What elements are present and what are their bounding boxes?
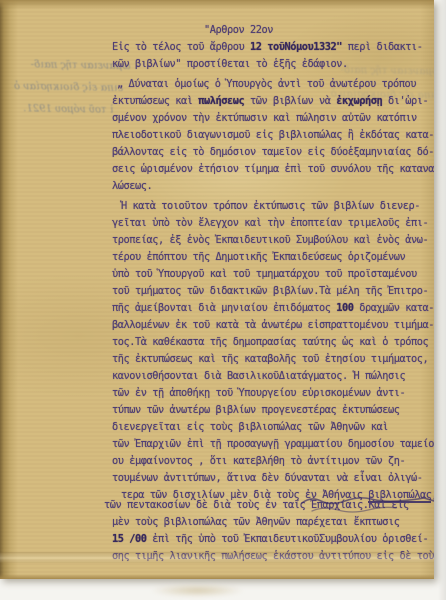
typed-line: μὲν τοὺς βιβλιοπώλας τῶν Ἀθηνῶν παρέχετα… (112, 514, 434, 531)
typed-segment: κῶν βιβλίων" προστίθεται τὸ ἑξῆς ἐδάφιον… (112, 58, 348, 70)
typed-segment: περὶ διδακτι- (342, 41, 423, 53)
typed-text: "Αρθρον 22ονΕἰς τὸ τέλος τοῦ ἄρθρου 12 τ… (112, 22, 434, 565)
typed-segment: ἐκτυπώσεως καὶ (112, 95, 198, 107)
typed-line: τος.Τὰ καθέκαστα τῆς δημοπρασίας ταύτης … (112, 334, 434, 351)
typed-segment: 100 (336, 302, 353, 314)
typed-segment: , (431, 489, 434, 501)
typed-segment: πῆς ἀμείβονται διὰ μηνιαίου ἐπιδόματος (112, 302, 336, 314)
typed-segment: τοῦ τμήματος τῶν διδακτικῶν βιβλίων.Τὰ μ… (112, 285, 428, 297)
typed-segment: τῶν Ἐπαρχιῶν ἐπὶ τῇ προσαγωγῇ γραμματίου… (112, 438, 434, 450)
typed-line: τῶν ἐν τῇ ἀποθήκῃ τοῦ Ὑπουργείου εὑρισκο… (112, 385, 434, 402)
typed-segment: "Αρθρον 22ον (204, 24, 273, 36)
typed-segment: 15 /00 (112, 533, 147, 545)
typed-segment: σης τιμῆς λιανικῆς πωλήσεως ἑκάστου ἀντι… (112, 550, 434, 562)
typed-segment: τῆς ἐκτυπώσεως καὶ τῆς καταβολῆς τοῦ ἐτη… (112, 353, 428, 365)
typed-line: Ἡ κατὰ τοιοῦτον τρόπον ἐκτύπωσις τῶν βιβ… (112, 198, 434, 215)
typed-line: τύπων τῶν ἀνωτέρω βιβλίων προγενεστέρας … (112, 402, 434, 419)
typed-segment: σεις ὡρισμένον ἐτήσιον τίμημα ἐπὶ τοῦ συ… (112, 163, 434, 175)
typed-segment: ὑπὸ τοῦ Ὑπουργοῦ καὶ τοῦ τμηματάρχου τοῦ… (112, 268, 417, 280)
typed-segment: τουμένων ἀντιτύπων, ἅτινα δὲν δύνανται ν… (112, 472, 422, 484)
typed-line: τοῦ τμήματος τῶν διδακτικῶν βιβλίων.Τὰ μ… (112, 283, 434, 300)
typed-line: βαλλομένων ἐκ τοῦ κατὰ τὰ ἀνωτέρω εἰσπρα… (112, 317, 434, 334)
typed-line: διενεργεῖται εἰς τοὺς βιβλιοπώλας τῶν Ἀθ… (112, 419, 434, 436)
typed-segment: Ἡ κατὰ τοιοῦτον τρόπον ἐκτύπωσις τῶν βιβ… (121, 200, 420, 212)
typed-line: σης τιμῆς λιανικῆς πωλήσεως ἑκάστου ἀντι… (112, 548, 434, 565)
typed-segment: τῶν βιβλίων νὰ (244, 95, 336, 107)
typed-segment: μὲν τοὺς βιβλιοπώλας τῶν Ἀθηνῶν παρέχετα… (112, 516, 399, 528)
document-page: ωμανειαν τῆς παιδ- ειπα εἰς διοικησίαν ὁ… (0, 0, 434, 579)
typed-segment: ἐκχωρήσῃ (336, 95, 382, 107)
typed-line: τουμένων ἀντιτύπων, ἅτινα δὲν δύνανται ν… (112, 470, 434, 487)
typed-segment: γεῖται ὑπὸ τὸν ἔλεγχον καὶ τὴν ἐποπτείαν… (112, 217, 428, 229)
typed-segment: τῶν ἐν τῇ ἀποθήκῃ τοῦ Ὑπουργείου εὑρισκο… (112, 387, 405, 399)
typed-segment: ου ἐμφαίνοντος , ὅτι κατεβλήθη τὸ ἀντίτι… (112, 455, 405, 467)
typed-segment: Εἰς τὸ τέλος τοῦ ἄρθρου (112, 41, 250, 53)
typed-segment: πωλήσεως (198, 95, 244, 107)
bleed-line: ειπα εἰς διοικησίαν ὁ (2, 76, 130, 100)
typed-line: 15 /00 ἐπὶ τῆς ὑπὸ τοῦ ἘκπαιδευτικοῦΣυμβ… (112, 531, 434, 548)
typed-line: λώσεως. (112, 178, 434, 195)
typed-segment: τροπείας, ἐξ ἑνὸς Ἐκπαιδευτικοῦ Συμβούλο… (112, 234, 428, 246)
typed-segment: κανονισθήσονται διὰ ΒασιλικοῦΔιατάγματος… (112, 370, 405, 382)
typed-line: κῶν βιβλίων" προστίθεται τὸ ἑξῆς ἐδάφιον… (112, 56, 434, 73)
typed-line: πλειοδοτικοῦ διαγωνισμοῦ εἰς βιβλιοπώλας… (112, 127, 434, 144)
typed-segment: 12 τοῦΝόμου1332" (250, 41, 342, 53)
typed-segment: δραχμῶν κατα- (353, 302, 434, 314)
typed-line: σεις ὡρισμένον ἐτήσιον τίμημα ἐπὶ τοῦ συ… (112, 161, 434, 178)
typed-segment: τῶν πεντακοσίων δὲ διὰ τοὺς ἐν ταῖς Ἐπαρ… (104, 499, 409, 511)
typed-segment: λώσεως. (112, 180, 152, 192)
typed-line: ου ἐμφαίνοντος , ὅτι κατεβλήθη τὸ ἀντίτι… (112, 453, 434, 470)
typed-line: τέρου ἐπόπτου τῆς Δημοτικῆς Ἐκπαιδεύσεως… (112, 249, 434, 266)
bleed-line: ὶ τοῦ νόμου 1921. (1, 98, 129, 122)
typed-segment: βάλλοντας εἰς τὸ δημόσιον ταμεῖον εἰς δύ… (112, 146, 434, 158)
typed-line: Εἰς τὸ τέλος τοῦ ἄρθρου 12 τοῦΝόμου1332"… (112, 39, 434, 56)
typed-line: ὑπὸ τοῦ Ὑπουργοῦ καὶ τοῦ τμηματάρχου τοῦ… (112, 266, 434, 283)
typed-segment: ἐπὶ τῆς ὑπὸ τοῦ ἘκπαιδευτικοῦΣυμβουλίου … (147, 533, 429, 545)
typed-line: κανονισθήσονται διὰ ΒασιλικοῦΔιατάγματος… (112, 368, 434, 385)
typed-segment: τος.Τὰ καθέκαστα τῆς δημοπρασίας ταύτης … (112, 336, 428, 348)
typed-segment: διενεργεῖται εἰς τοὺς βιβλιοπώλας τῶν Ἀθ… (112, 421, 388, 433)
typed-segment: δι'ὡρι- (382, 95, 428, 107)
typed-segment: βαλλομένων ἐκ τοῦ κατὰ τὰ ἀνωτέρω εἰσπρα… (112, 319, 434, 331)
typed-line: σμένον χρόνον τὴν ἐκτύπωσιν καὶ πώλησιν … (112, 110, 434, 127)
typed-line: γεῖται ὑπὸ τὸν ἔλεγχον καὶ τὴν ἐποπτείαν… (112, 215, 434, 232)
article-title: "Αρθρον 22ον (112, 22, 434, 39)
document-photo: ωμανειαν τῆς παιδ- ειπα εἰς διοικησίαν ὁ… (0, 0, 446, 600)
typed-line: τῆς ἐκτυπώσεως καὶ τῆς καταβολῆς τοῦ ἐτη… (112, 351, 434, 368)
typed-segment: σμένον χρόνον τὴν ἐκτύπωσιν καὶ πώλησιν … (112, 112, 417, 124)
typed-line: τροπείας, ἐξ ἑνὸς Ἐκπαιδευτικοῦ Συμβούλο… (112, 232, 434, 249)
typed-line: „ Δύναται ὁμοίως ὁ Ὑπουργὸς ἀντὶ τοῦ ἀνω… (112, 76, 434, 93)
typed-segment: τέρου ἐπόπτου τῆς Δημοτικῆς Ἐκπαιδεύσεως… (112, 251, 405, 263)
typed-line: βάλλοντας εἰς τὸ δημόσιον ταμεῖον εἰς δύ… (112, 144, 434, 161)
typed-segment: τύπων τῶν ἀνωτέρω βιβλίων προγενεστέρας … (112, 404, 399, 416)
typed-segment: πλειοδοτικοῦ διαγωνισμοῦ εἰς βιβλιοπώλας… (112, 129, 434, 141)
backdrop-smudge (150, 584, 245, 597)
typed-segment: „ Δύναται ὁμοίως ὁ Ὑπουργὸς ἀντὶ τοῦ ἀνω… (117, 78, 416, 90)
typed-line: τῶν Ἐπαρχιῶν ἐπὶ τῇ προσαγωγῇ γραμματίου… (112, 436, 434, 453)
typed-line: πῆς ἀμείβονται διὰ μηνιαίου ἐπιδόματος 1… (112, 300, 434, 317)
typed-line: τῶν πεντακοσίων δὲ διὰ τοὺς ἐν ταῖς Ἐπαρ… (104, 497, 434, 514)
typed-line: ἐκτυπώσεως καὶ πωλήσεως τῶν βιβλίων νὰ ἐ… (112, 93, 434, 110)
